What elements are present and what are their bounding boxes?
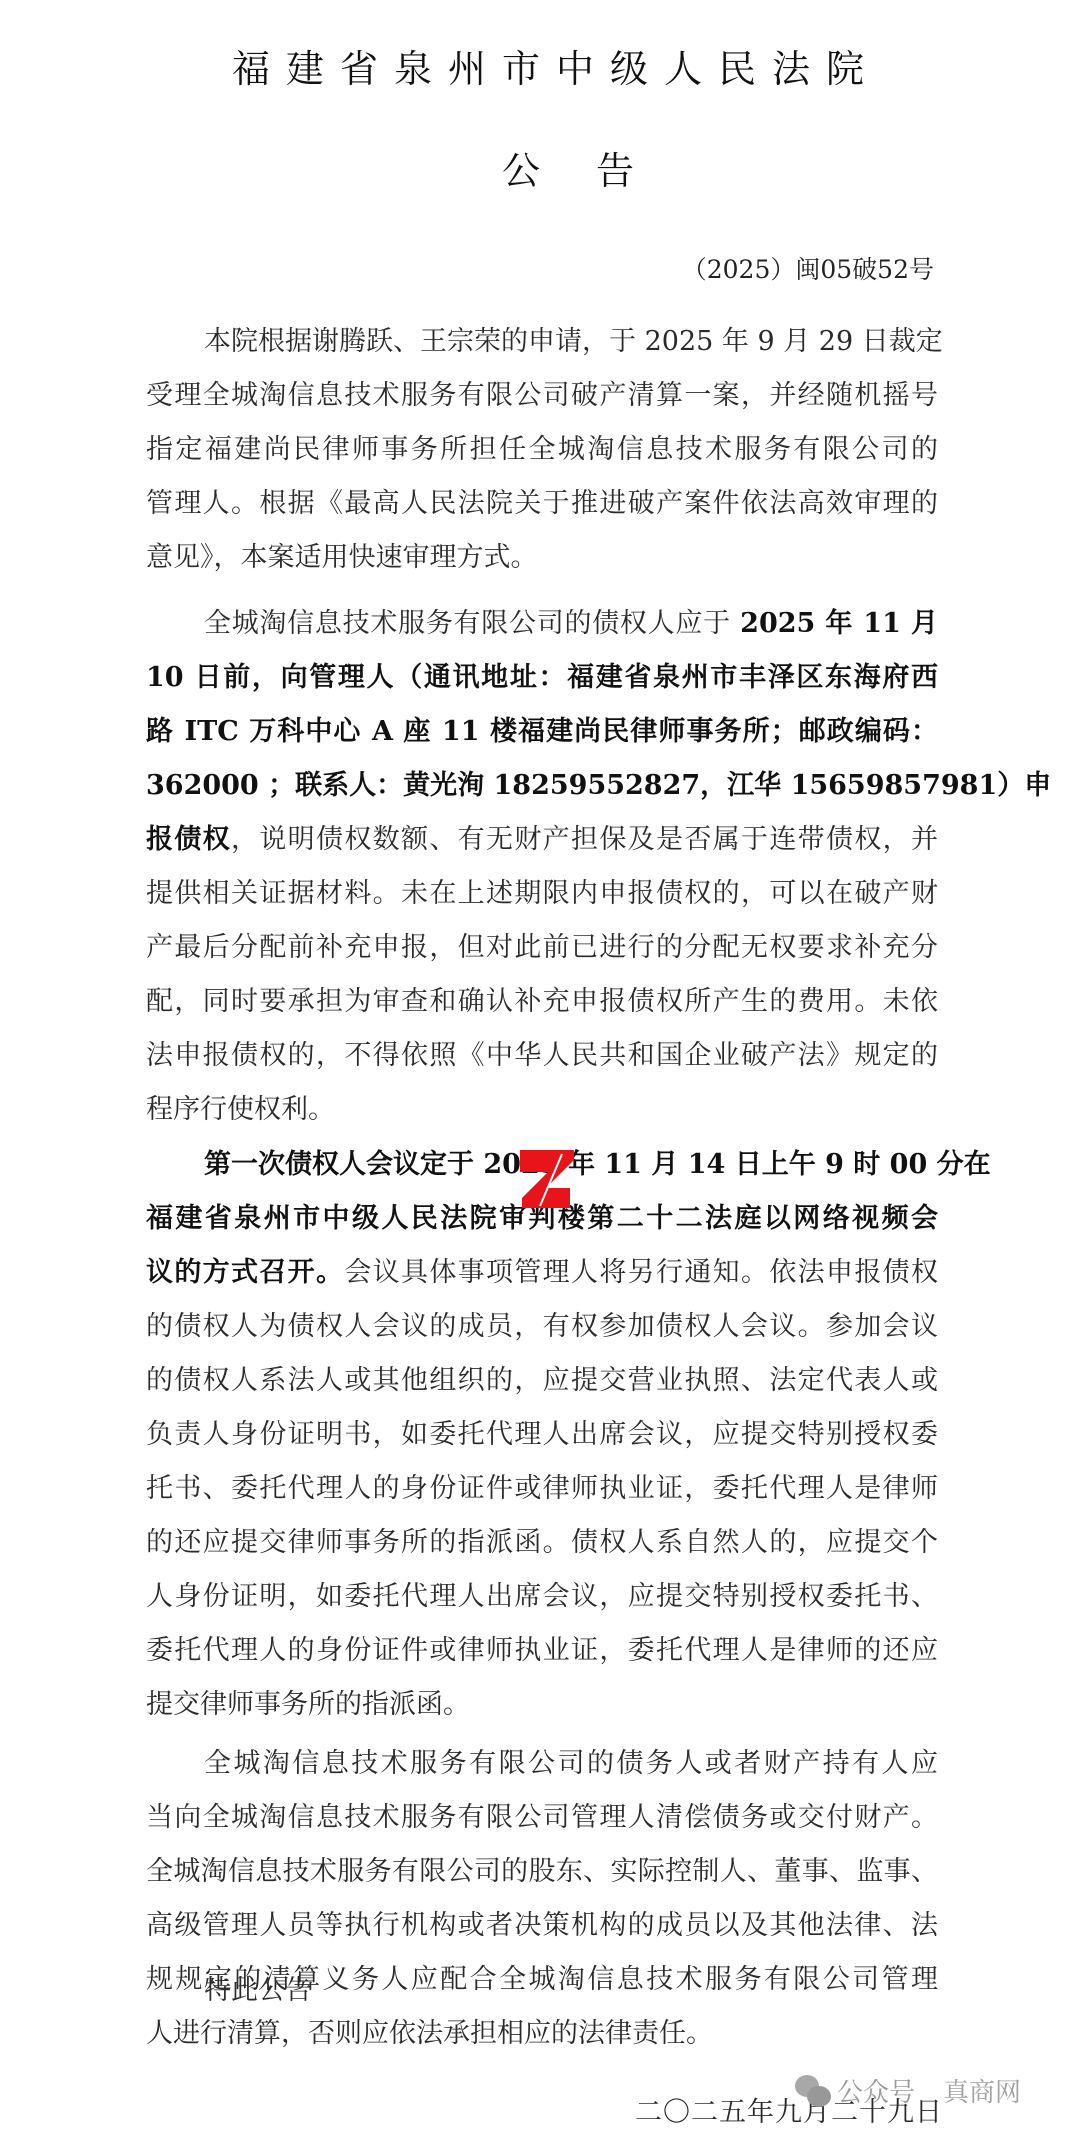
bold-text-segment: 362000 ；联系人：黄光洵 18259552827，江华 156598579… — [146, 770, 1051, 801]
text-segment: 的债权人系法人或其他组织的，应提交营业执照、法定代表人或 — [146, 1365, 938, 1396]
text-segment: 指定福建尚民律师事务所担任全城淘信息技术服务有限公司的 — [146, 434, 938, 465]
bold-text-segment: 报债权 — [146, 824, 231, 855]
text-segment: 托书、委托代理人的身份证件或律师执业证，委托代理人是律师 — [146, 1473, 938, 1504]
announcement-page: 福建省泉州市中级人民法院 公告 （2025）闽05破52号 本院根据谢腾跃、王宗… — [0, 0, 1080, 2130]
text-segment: 委托代理人的身份证件或律师执业证，委托代理人是律师的还应 — [146, 1635, 938, 1666]
body-text-line: 的债权人系法人或其他组织的，应提交营业执照、法定代表人或 — [146, 1361, 938, 1401]
body-text-line: 362000 ；联系人：黄光洵 18259552827，江华 156598579… — [146, 766, 938, 806]
text-segment: 管理人。根据《最高人民法院关于推进破产案件依法高效审理的 — [146, 488, 938, 519]
text-segment: 负责人身份证明书，如委托代理人出席会议，应提交特别授权委 — [146, 1419, 938, 1450]
body-text-line: 委托代理人的身份证件或律师执业证，委托代理人是律师的还应 — [146, 1631, 938, 1671]
body-text-line: 的还应提交律师事务所的指派函。债权人系自然人的，应提交个 — [146, 1523, 938, 1563]
text-segment: 会议具体事项管理人将另行通知。依法申报债权 — [344, 1257, 938, 1288]
text-segment: 人身份证明，如委托代理人出席会议，应提交特别授权委托书、 — [146, 1581, 938, 1612]
body-text-line: 路 ITC 万科中心 A 座 11 楼福建尚民律师事务所；邮政编码： — [146, 712, 938, 752]
body-text-line: 意见》，本案适用快速审理方式。 — [146, 538, 938, 578]
document-type-heading: 公告 — [0, 140, 1080, 195]
body-text-line: 管理人。根据《最高人民法院关于推进破产案件依法高效审理的 — [146, 484, 938, 524]
wechat-logo-icon — [795, 2075, 831, 2107]
text-segment: 意见》，本案适用快速审理方式。 — [146, 542, 538, 573]
watermark-brand: 真商网 — [943, 2072, 1021, 2109]
text-segment: 提供相关证据材料。未在上述期限内申报债权的，可以在破产财 — [146, 878, 938, 909]
body-text-line: 本院根据谢腾跃、王宗荣的申请，于 2025 年 9 月 29 日裁定 — [204, 322, 938, 362]
text-segment: 本院根据谢腾跃、王宗荣的申请，于 2025 年 9 月 29 日裁定 — [204, 326, 943, 357]
body-text-line: 产最后分配前补充申报，但对此前已进行的分配无权要求补充分 — [146, 928, 938, 968]
body-text-line: 指定福建尚民律师事务所担任全城淘信息技术服务有限公司的 — [146, 430, 938, 470]
text-segment: 全城淘信息技术服务有限公司的股东、实际控制人、董事、监事、 — [146, 1856, 938, 1887]
body-text-line: 全城淘信息技术服务有限公司的股东、实际控制人、董事、监事、 — [146, 1852, 938, 1892]
body-text-line: 人身份证明，如委托代理人出席会议，应提交特别授权委托书、 — [146, 1577, 938, 1617]
bold-text-segment: 议的方式召开。 — [146, 1257, 344, 1288]
text-segment: 产最后分配前补充申报，但对此前已进行的分配无权要求补充分 — [146, 932, 938, 963]
closing-phrase: 特此公告 — [204, 1968, 312, 2007]
watermark-platform-label: 公众号 — [837, 2072, 915, 2109]
text-segment: 法申报债权的，不得依照《中华人民共和国企业破产法》规定的 — [146, 1040, 938, 1071]
text-segment: 的债权人为债权人会议的成员，有权参加债权人会议。参加会议 — [146, 1311, 938, 1342]
body-text-line: 当向全城淘信息技术服务有限公司管理人清偿债务或交付财产。 — [146, 1798, 938, 1838]
document-number: （2025）闽05破52号 — [682, 250, 934, 286]
body-text-line: 高级管理人员等执行机构或者决策机构的成员以及其他法律、法 — [146, 1906, 938, 1946]
body-text-line: 负责人身份证明书，如委托代理人出席会议，应提交特别授权委 — [146, 1415, 938, 1455]
body-text-line: 配，同时要承担为审查和确认补充申报债权所产生的费用。未依 — [146, 982, 938, 1022]
bold-text-segment: 路 ITC 万科中心 A 座 11 楼福建尚民律师事务所；邮政编码： — [146, 716, 938, 747]
body-text-line: 议的方式召开。会议具体事项管理人将另行通知。依法申报债权 — [146, 1253, 938, 1293]
bold-text-segment: 第一次债权人会议定于 2025 年 11 月 14 日上午 9 时 00 分在 — [204, 1149, 991, 1180]
text-segment: 人进行清算，否则应依法承担相应的法律责任。 — [146, 2018, 713, 2049]
body-text-line: 人进行清算，否则应依法承担相应的法律责任。 — [146, 2014, 938, 2054]
text-segment: 当向全城淘信息技术服务有限公司管理人清偿债务或交付财产。 — [146, 1802, 938, 1833]
text-segment: 配，同时要承担为审查和确认补充申报债权所产生的费用。未依 — [146, 986, 938, 1017]
body-text-line: 法申报债权的，不得依照《中华人民共和国企业破产法》规定的 — [146, 1036, 938, 1076]
bold-text-segment: 2025 年 11 月 — [740, 608, 938, 639]
text-segment: 程序行使权利。 — [146, 1094, 335, 1125]
watermark: 公众号 真商网 — [795, 2072, 1021, 2109]
text-segment: 提交律师事务所的指派函。 — [146, 1689, 470, 1720]
bold-text-segment: 10 日前，向管理人（通讯地址：福建省泉州市丰泽区东海府西 — [146, 662, 938, 693]
body-text-line: 程序行使权利。 — [146, 1090, 938, 1130]
red-z-logo-icon — [518, 1148, 576, 1210]
body-text-line: 提供相关证据材料。未在上述期限内申报债权的，可以在破产财 — [146, 874, 938, 914]
body-text-line: 全城淘信息技术服务有限公司的债务人或者财产持有人应 — [204, 1744, 938, 1784]
text-segment: 受理全城淘信息技术服务有限公司破产清算一案，并经随机摇号 — [146, 380, 938, 411]
body-text-line: 的债权人为债权人会议的成员，有权参加债权人会议。参加会议 — [146, 1307, 938, 1347]
text-segment: 全城淘信息技术服务有限公司的债务人或者财产持有人应 — [204, 1748, 938, 1779]
body-text-line: 托书、委托代理人的身份证件或律师执业证，委托代理人是律师 — [146, 1469, 938, 1509]
text-segment: 的还应提交律师事务所的指派函。债权人系自然人的，应提交个 — [146, 1527, 938, 1558]
body-text-line: 提交律师事务所的指派函。 — [146, 1685, 938, 1725]
text-segment: 高级管理人员等执行机构或者决策机构的成员以及其他法律、法 — [146, 1910, 938, 1941]
text-segment: ，说明债权数额、有无财产担保及是否属于连带债权，并 — [231, 824, 938, 855]
text-segment: 全城淘信息技术服务有限公司的债权人应于 — [204, 608, 740, 639]
body-text-line: 全城淘信息技术服务有限公司的债权人应于 2025 年 11 月 — [204, 604, 938, 644]
court-name-heading: 福建省泉州市中级人民法院 — [0, 38, 1080, 93]
body-text-line: 10 日前，向管理人（通讯地址：福建省泉州市丰泽区东海府西 — [146, 658, 938, 698]
body-text-line: 报债权，说明债权数额、有无财产担保及是否属于连带债权，并 — [146, 820, 938, 860]
body-text-line: 受理全城淘信息技术服务有限公司破产清算一案，并经随机摇号 — [146, 376, 938, 416]
